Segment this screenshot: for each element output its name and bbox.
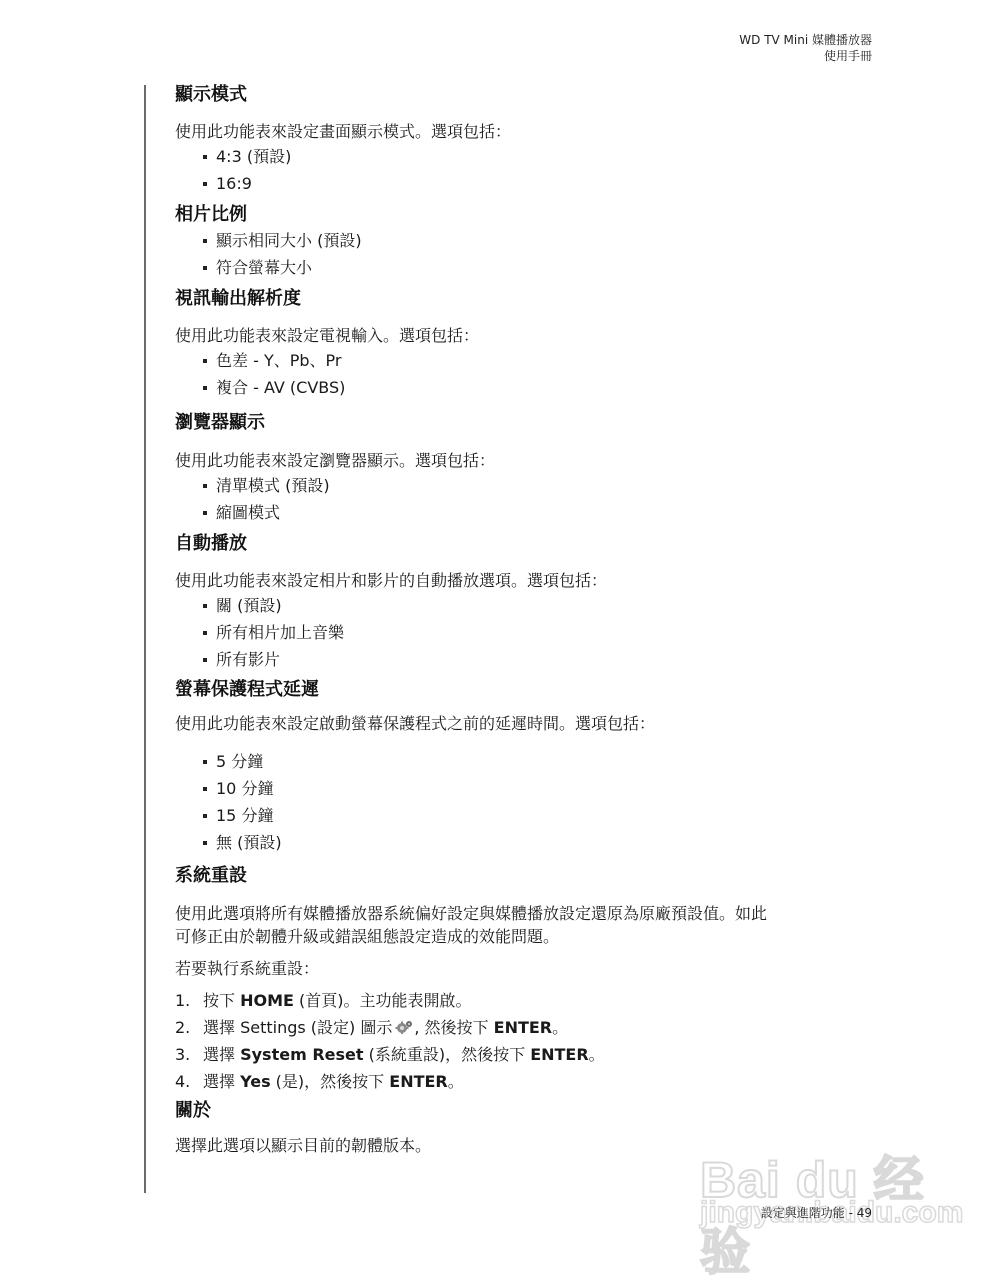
- intro-line-1: 使用此選項將所有媒體播放器系統偏好設定與媒體播放設定還原為原廠預設值。如此: [175, 904, 767, 923]
- list-item: 所有相片加上音樂: [202, 621, 875, 644]
- list-item: 16:9: [202, 172, 875, 195]
- options-list: 5 分鐘 10 分鐘 15 分鐘 無 (預設): [175, 750, 875, 854]
- step-number: 1.: [175, 989, 203, 1012]
- list-item: 5 分鐘: [202, 750, 875, 773]
- margin-rule: [144, 85, 146, 1193]
- section-system-reset: 系統重設 使用此選項將所有媒體播放器系統偏好設定與媒體播放設定還原為原廠預設值。…: [175, 864, 875, 1093]
- step-item: 2. 選擇 Settings (設定) 圖示, 然後按下 ENTER。: [175, 1016, 875, 1039]
- section-title: 視訊輸出解析度: [175, 287, 875, 311]
- list-item: 符合螢幕大小: [202, 256, 875, 279]
- step-text: 。: [552, 1018, 568, 1037]
- list-item: 4:3 (預設): [202, 145, 875, 168]
- section-text: 選擇此選項以顯示目前的韌體版本。: [175, 1134, 875, 1157]
- section-intro: 使用此功能表來設定電視輸入。選項包括：: [175, 324, 875, 347]
- section-intro: 使用此功能表來設定啟動螢幕保護程式之前的延遲時間。選項包括：: [175, 712, 875, 735]
- step-text: (系統重設)，然後按下: [364, 1045, 531, 1064]
- page-content: 顯示模式 使用此功能表來設定畫面顯示模式。選項包括： 4:3 (預設) 16:9…: [175, 83, 875, 1157]
- list-item: 15 分鐘: [202, 804, 875, 827]
- header-product-title: WD TV Mini 媒體播放器: [739, 32, 872, 48]
- section-about: 關於 選擇此選項以顯示目前的韌體版本。: [175, 1099, 875, 1157]
- step-text: 。: [589, 1045, 605, 1064]
- intro-line-2: 可修正由於韌體升級或錯誤組態設定造成的效能問題。: [175, 927, 559, 946]
- section-intro: 使用此功能表來設定畫面顯示模式。選項包括：: [175, 120, 875, 143]
- list-item: 縮圖模式: [202, 501, 875, 524]
- step-item: 4. 選擇 Yes (是)，然後按下 ENTER。: [175, 1070, 875, 1093]
- key-label: ENTER: [530, 1045, 588, 1064]
- step-text: 選擇: [203, 1072, 240, 1091]
- key-label: ENTER: [494, 1018, 552, 1037]
- section-title: 螢幕保護程式延遲: [175, 678, 875, 702]
- step-text: 選擇: [203, 1045, 240, 1064]
- step-text: 按下: [203, 991, 240, 1010]
- section-title: 自動播放: [175, 532, 875, 556]
- section-title: 相片比例: [175, 203, 875, 227]
- steps-intro: 若要執行系統重設：: [175, 957, 875, 980]
- list-item: 關 (預設): [202, 594, 875, 617]
- list-item: 清單模式 (預設): [202, 474, 875, 497]
- section-autoplay: 自動播放 使用此功能表來設定相片和影片的自動播放選項。選項包括： 關 (預設) …: [175, 532, 875, 671]
- section-display-mode: 顯示模式 使用此功能表來設定畫面顯示模式。選項包括： 4:3 (預設) 16:9: [175, 83, 875, 195]
- section-title: 顯示模式: [175, 83, 875, 107]
- options-list: 色差 - Y、Pb、Pr 複合 - AV (CVBS): [175, 349, 875, 399]
- step-number: 3.: [175, 1043, 203, 1066]
- section-browser-display: 瀏覽器顯示 使用此功能表來設定瀏覽器顯示。選項包括： 清單模式 (預設) 縮圖模…: [175, 411, 875, 524]
- step-number: 2.: [175, 1016, 203, 1039]
- list-item: 顯示相同大小 (預設): [202, 229, 875, 252]
- page-header: WD TV Mini 媒體播放器 使用手冊: [739, 32, 872, 64]
- header-manual-label: 使用手冊: [739, 48, 872, 64]
- section-title: 瀏覽器顯示: [175, 411, 875, 435]
- list-item: 10 分鐘: [202, 777, 875, 800]
- gear-icon: [395, 1017, 413, 1031]
- section-intro: 使用此功能表來設定瀏覽器顯示。選項包括：: [175, 449, 875, 472]
- step-item: 1. 按下 HOME (首頁)。主功能表開啟。: [175, 989, 875, 1012]
- section-photo-scale: 相片比例 顯示相同大小 (預設) 符合螢幕大小: [175, 203, 875, 279]
- section-title: 系統重設: [175, 864, 875, 888]
- step-text: 。: [448, 1072, 464, 1091]
- step-text: (首頁)。主功能表開啟。: [294, 991, 472, 1010]
- section-title: 關於: [175, 1099, 875, 1123]
- list-item: 複合 - AV (CVBS): [202, 376, 875, 399]
- key-label: ENTER: [389, 1072, 447, 1091]
- key-label: HOME: [240, 991, 294, 1010]
- options-list: 關 (預設) 所有相片加上音樂 所有影片: [175, 594, 875, 671]
- page-footer: 設定與進階功能 - 49: [761, 1205, 872, 1221]
- options-list: 顯示相同大小 (預設) 符合螢幕大小: [175, 229, 875, 279]
- options-list: 清單模式 (預設) 縮圖模式: [175, 474, 875, 524]
- step-text: , 然後按下: [414, 1018, 493, 1037]
- options-list: 4:3 (預設) 16:9: [175, 145, 875, 195]
- menu-label: Yes: [240, 1072, 271, 1091]
- step-item: 3. 選擇 System Reset (系統重設)，然後按下 ENTER。: [175, 1043, 875, 1066]
- section-screensaver-delay: 螢幕保護程式延遲 使用此功能表來設定啟動螢幕保護程式之前的延遲時間。選項包括： …: [175, 678, 875, 854]
- section-intro: 使用此選項將所有媒體播放器系統偏好設定與媒體播放設定還原為原廠預設值。如此 可修…: [175, 902, 875, 948]
- step-text: (是)，然後按下: [271, 1072, 390, 1091]
- section-intro: 使用此功能表來設定相片和影片的自動播放選項。選項包括：: [175, 569, 875, 592]
- list-item: 無 (預設): [202, 831, 875, 854]
- step-text: 選擇 Settings (設定) 圖示: [203, 1018, 392, 1037]
- step-number: 4.: [175, 1070, 203, 1093]
- steps-list: 1. 按下 HOME (首頁)。主功能表開啟。 2. 選擇 Settings (…: [175, 989, 875, 1093]
- list-item: 色差 - Y、Pb、Pr: [202, 349, 875, 372]
- section-video-output: 視訊輸出解析度 使用此功能表來設定電視輸入。選項包括： 色差 - Y、Pb、Pr…: [175, 287, 875, 399]
- list-item: 所有影片: [202, 648, 875, 671]
- menu-label: System Reset: [240, 1045, 363, 1064]
